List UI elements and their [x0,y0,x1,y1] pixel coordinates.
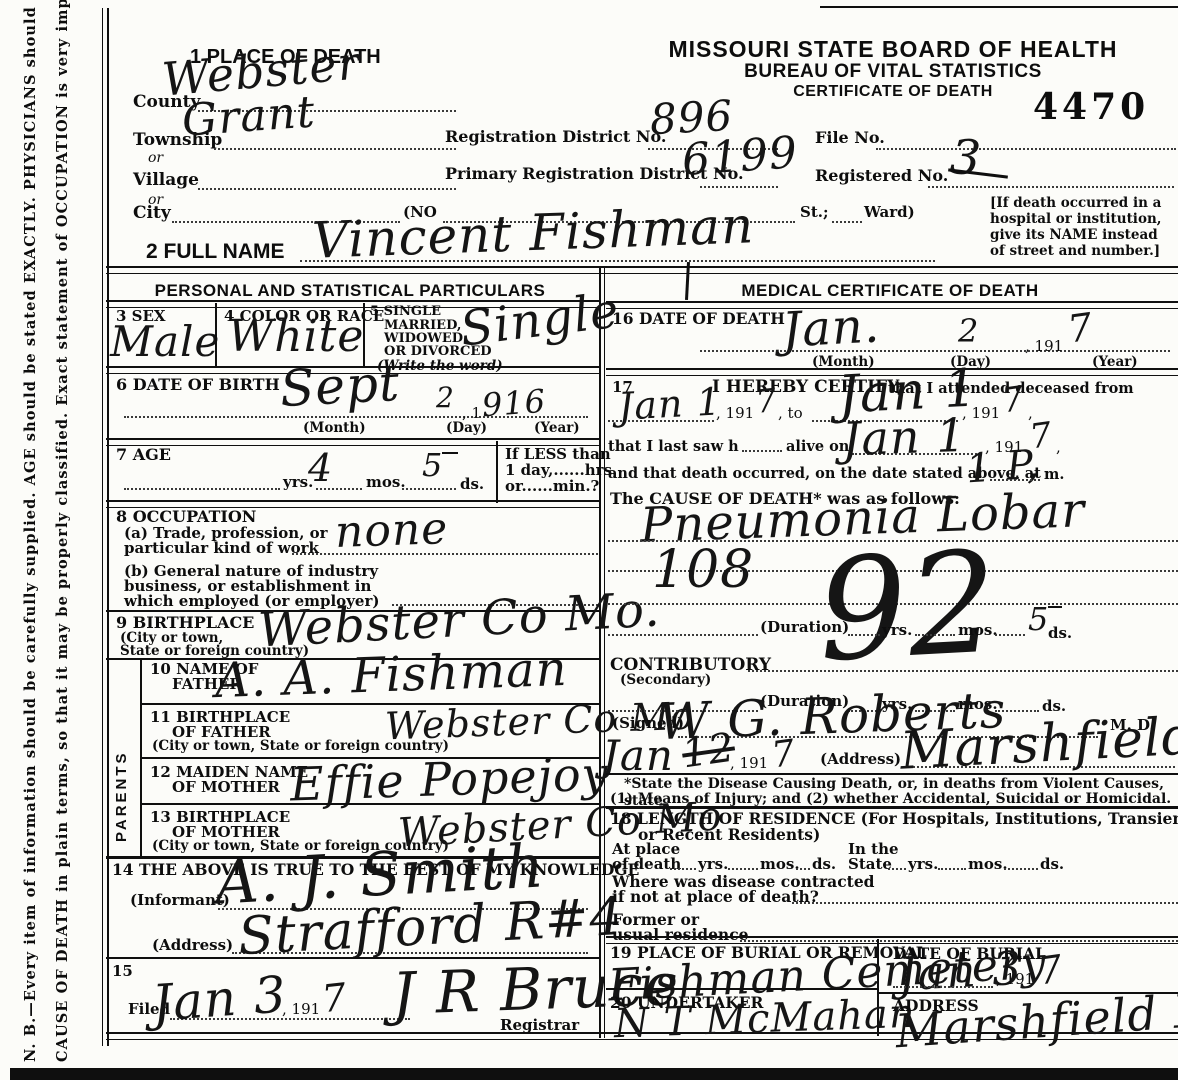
registered-no-dotted [928,186,1174,188]
primary-district-dotted [700,186,778,188]
age-label: 7 AGE [116,447,171,464]
rule-under-name [106,266,1178,274]
instate-dotted-3 [1004,868,1038,870]
full-name-handwriting: Vincent Fishman [311,204,754,262]
duration-dotted-2 [848,634,880,636]
filed-year-printed: , 191 [282,1000,320,1018]
full-name-label: 2 FULL NAME [146,240,284,264]
burial-date-year-printed: , 191 [996,970,1034,988]
contracted-dotted [792,902,1178,904]
registrar-label: Registrar [500,1018,579,1034]
attended-from-year-printed: , 191 [716,404,754,422]
dod-month-handwriting: Jan. [781,305,881,351]
village-dotted-line [198,188,456,190]
township-dotted-line [214,148,456,150]
instate-mos-label: mos. [968,857,1008,873]
alive-on-label: alive on [786,438,849,455]
margin-permanent-record-text: THIS IS A PERMANENT RECORD [0,13,4,258]
attended-from-year-handwriting: 7 [755,387,779,416]
city-label: City [133,203,171,223]
duration-label: (Duration) [760,620,849,636]
sex-handwriting: Male [110,324,220,360]
last-saw-handwriting: Jan 1 [841,416,967,459]
m-label: m. [1044,466,1064,483]
section15-label: 15 [112,964,133,980]
ward-label: Ward) [864,205,915,221]
medical-section-title: MEDICAL CERTIFICATE OF DEATH [640,281,1140,301]
death-certificate-scan: THIS IS A PERMANENT RECORD N. B.—Every i… [0,0,1178,1080]
top-border-segment [820,6,1178,8]
hospital-note: [If death occurred in a hospital or inst… [990,196,1168,260]
cause-code-handwriting: 108 [652,548,754,592]
parents-label: PARENTS [113,674,130,842]
dod-year-handwriting: 7 [1066,310,1095,345]
secondary-label: (Secondary) [620,673,711,689]
undertaker-handwriting: N T McMahan [613,997,916,1042]
at-place-label-2: of death [612,857,681,873]
contributory-dotted [748,670,1178,672]
atplace-mos-label: mos. [760,857,800,873]
duration-yrs-label: yrs. [882,623,912,639]
file-no-label: File No. [815,130,885,147]
scan-bottom-bar [10,1068,1178,1080]
duration-ds-label: ds. [1048,626,1072,642]
margin-nb-note-text: N. B.—Every item of information should b… [22,10,39,1062]
filed-date-handwriting: Jan 3 [151,973,288,1025]
certificate-number: 4470 [1033,86,1149,128]
informant-address-label: (Address) [152,938,233,954]
duration-ds-handwriting: 5 [1028,606,1049,633]
sex-race-divider [215,303,217,367]
stamp-92-handwriting: 92 [815,543,1001,671]
contracted-label-2: if not at place of death? [612,889,819,905]
left-border-inner [107,8,109,1046]
dod-day-handwriting: 2 [958,318,979,345]
age-mos-handwriting: 4 [308,452,333,484]
signed-address-handwriting: Marshfield [899,714,1178,774]
age-ds-handwriting: 5 [422,452,443,479]
marital-handwriting: Single [458,290,621,350]
occupation-a-line2: particular kind of work [124,541,319,557]
dob-month-handwriting: Sept [279,362,401,411]
dob-day-handwriting: 2 [436,386,455,410]
informant-address-handwriting: Strafford R#4 [237,895,624,959]
dob-label: 6 DATE OF BIRTH [116,377,280,394]
rule-under-burial-left [606,988,877,990]
age-less-line3: or......min.? [505,479,599,495]
instate-dotted-1 [888,868,906,870]
duration-ds-overbar [1048,606,1062,608]
atplace-yrs-label: yrs. [698,857,728,873]
duration-dotted-3 [915,634,955,636]
signed-address-label: (Address) [820,752,901,768]
primary-district-handwriting: 6199 [681,134,799,179]
age-ds-overbar [442,452,458,454]
dob-month-caption: (Month) [303,420,366,436]
registration-district-label: Registration District No. [445,129,666,146]
or-label-1: or [148,150,163,166]
footnote-top-rule [606,773,1178,775]
age-ds-label: ds. [460,477,484,493]
attended-to-year-handwriting: 7 [1000,385,1026,417]
attended-from-handwriting: Jan 1 [617,385,722,423]
age-mos-label: mos. [366,475,406,491]
instate-dotted-2 [938,868,966,870]
board-title: MISSOURI STATE BOARD OF HEALTH [633,36,1153,63]
last-saw-comma: , [1056,438,1061,456]
signed-date-year-printed: , 191 [730,754,768,772]
st-label: St.; [800,205,829,221]
burial-date-dotted [893,986,993,988]
age-dotted-1 [124,488,280,490]
village-label: Village [133,170,199,190]
mother-name-label-2: OF MOTHER [172,780,280,796]
rule-under-medical-title [606,301,1178,309]
death-time-dotted [990,479,1040,481]
occupation-a-handwriting: none [334,510,448,551]
race-handwriting: White [228,318,364,355]
atplace-ds-label: ds. [812,857,836,873]
age-box-divider [496,441,498,503]
to-label: , to [778,404,803,422]
instate-ds-label: ds. [1040,857,1064,873]
atplace-dotted-2 [728,868,758,870]
registered-no-label: Registered No. [815,168,948,185]
township-handwriting: Grant [181,93,317,140]
dob-day-caption: (Day) [446,420,487,436]
dob-year-handwriting: 916 [481,388,547,420]
last-saw-label: that I last saw h [608,438,739,455]
signed-date-month-handwriting: Jan [602,738,674,774]
atplace-dotted-3 [796,868,810,870]
burial-date-year-handwriting: 7 [1036,952,1065,987]
mother-name-handwriting: Effie Popejoy [289,754,609,804]
left-border-outer [102,8,103,1046]
last-saw-dotted-1 [742,450,782,452]
in-the-label-2: State [848,857,892,873]
signed-date-year-handwriting: 7 [770,738,798,772]
dob-year-caption: (Year) [534,420,580,436]
signed-date-day-scribble: 12 [680,730,737,771]
age-dotted-3 [402,488,456,490]
dod-label: 16 DATE OF DEATH [612,311,785,327]
father-name-handwriting: A. A. Fishman [214,649,568,702]
dod-year-printed: , 191 [1025,337,1063,355]
duration-mos-label: mos. [958,623,998,639]
bureau-title: BUREAU OF VITAL STATISTICS [633,61,1153,83]
duration-dotted-1 [608,634,758,636]
margin-cause-note-text: CAUSE OF DEATH in plain terms, so that i… [54,10,71,1062]
filed-year-handwriting: 7 [320,981,348,1016]
atplace-dotted-1 [670,868,696,870]
dod-dotted [700,350,1170,352]
duration-dotted-4 [995,634,1025,636]
attended-to-year-printed: , 191 [962,404,1000,422]
ward-dotted-line [832,221,862,223]
instate-yrs-label: yrs. [908,857,938,873]
file-no-dotted [876,148,1176,150]
